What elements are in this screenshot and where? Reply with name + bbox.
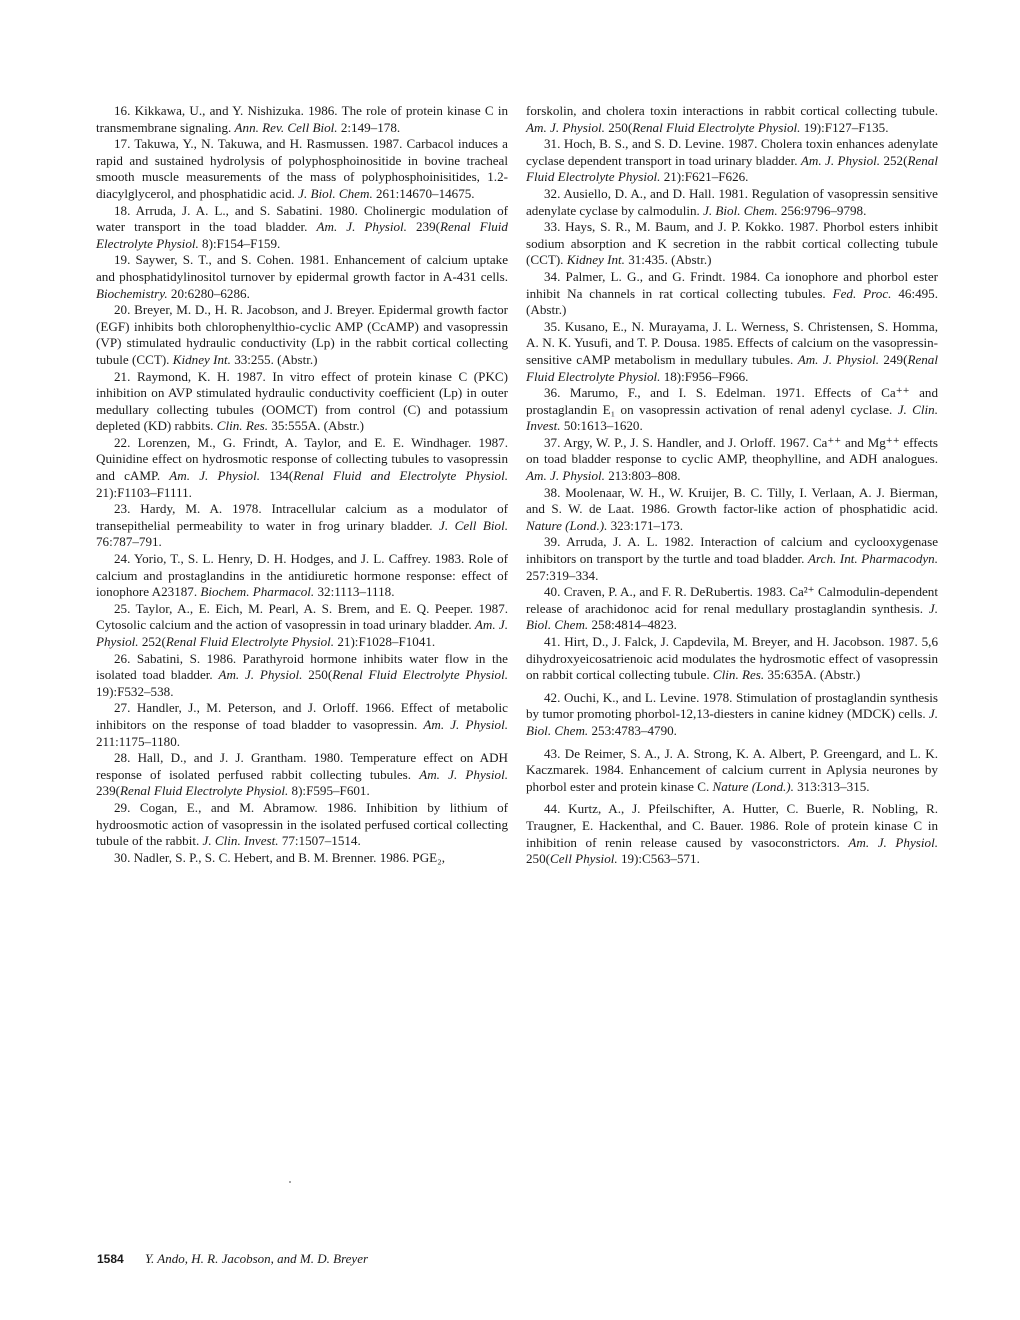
reference-text: 21):F1028–F1041. bbox=[334, 634, 435, 649]
reference-number: 27 bbox=[114, 700, 127, 715]
reference-text: 313:313–315. bbox=[794, 779, 870, 794]
reference-number: 33 bbox=[544, 219, 557, 234]
reference-text: 8):F154–F159. bbox=[199, 236, 280, 251]
journal-name: Renal Fluid Electrolyte Physiol. bbox=[120, 783, 288, 798]
reference-entry: 23. Hardy, M. A. 1978. Intracellular cal… bbox=[96, 501, 508, 551]
separator: . bbox=[557, 136, 564, 151]
reference-entry: 40. Craven, P. A., and F. R. DeRubertis.… bbox=[526, 584, 938, 634]
separator: . bbox=[557, 801, 568, 816]
journal-name: Am. J. Physiol. bbox=[419, 767, 508, 782]
reference-number: 40 bbox=[544, 584, 557, 599]
reference-number: 18 bbox=[114, 203, 127, 218]
reference-entry: 44. Kurtz, A., J. Pfeilschifter, A. Hutt… bbox=[526, 801, 938, 867]
separator: . bbox=[557, 385, 570, 400]
reference-text: 249( bbox=[879, 352, 907, 367]
reference-number: 35 bbox=[544, 319, 557, 334]
reference-number: 38 bbox=[544, 485, 557, 500]
reference-number: 19 bbox=[114, 252, 127, 267]
journal-name: Ann. Rev. Cell Biol. bbox=[235, 120, 338, 135]
journal-name: Am. J. Physiol. bbox=[798, 352, 879, 367]
journal-name: Renal Fluid and Electrolyte Physiol. bbox=[293, 468, 508, 483]
reference-text: 32:1113–1118. bbox=[314, 584, 394, 599]
reference-text: 213:803–808. bbox=[605, 468, 681, 483]
separator: . bbox=[557, 219, 565, 234]
reference-number: 31 bbox=[544, 136, 557, 151]
reference-entry: 34. Palmer, L. G., and G. Frindt. 1984. … bbox=[526, 269, 938, 319]
reference-text: 257:319–334. bbox=[526, 568, 598, 583]
separator: . bbox=[127, 800, 140, 815]
journal-name: Am. J. Physiol. bbox=[169, 468, 260, 483]
reference-number: 24 bbox=[114, 551, 127, 566]
separator: . bbox=[557, 534, 566, 549]
reference-entry: 38. Moolenaar, W. H., W. Kruijer, B. C. … bbox=[526, 485, 938, 535]
reference-entry: 28. Hall, D., and J. J. Grantham. 1980. … bbox=[96, 750, 508, 800]
reference-number: 21 bbox=[114, 369, 127, 384]
reference-number: 22 bbox=[114, 435, 127, 450]
reference-text: 239( bbox=[407, 219, 440, 234]
reference-entry: 27. Handler, J., M. Peterson, and J. Orl… bbox=[96, 700, 508, 750]
journal-name: Am. J. Physiol. bbox=[423, 717, 508, 732]
journal-name: Biochemistry. bbox=[96, 286, 168, 301]
journal-name: Arch. Int. Pharmacodyn. bbox=[808, 551, 938, 566]
reference-entry: 32. Ausiello, D. A., and D. Hall. 1981. … bbox=[526, 186, 938, 219]
reference-number: 32 bbox=[544, 186, 557, 201]
reference-text: 20:6280–6286. bbox=[168, 286, 250, 301]
reference-entry: 31. Hoch, B. S., and S. D. Levine. 1987.… bbox=[526, 136, 938, 186]
reference-text: 18):F956–F966. bbox=[660, 369, 748, 384]
reference-text: 50:1613–1620. bbox=[561, 418, 643, 433]
separator: . bbox=[127, 750, 137, 765]
reference-entry: 19. Saywer, S. T., and S. Cohen. 1981. E… bbox=[96, 252, 508, 302]
separator: . bbox=[557, 690, 564, 705]
reference-entry: 20. Breyer, M. D., H. R. Jacobson, and J… bbox=[96, 302, 508, 368]
journal-name: J. Cell Biol. bbox=[439, 518, 508, 533]
reference-entry: 43. De Reimer, S. A., J. A. Strong, K. A… bbox=[526, 746, 938, 796]
reference-text: 256:9796–9798. bbox=[778, 203, 867, 218]
reference-text: 323:171–173. bbox=[607, 518, 683, 533]
reference-text: 35:555A. (Abstr.) bbox=[268, 418, 364, 433]
reference-entry: 39. Arruda, J. A. L. 1982. Interaction o… bbox=[526, 534, 938, 584]
journal-name: Kidney Int. bbox=[567, 252, 625, 267]
reference-number: 28 bbox=[114, 750, 127, 765]
journal-name: Renal Fluid Electrolyte Physiol. bbox=[332, 667, 508, 682]
reference-number: 37 bbox=[544, 435, 557, 450]
reference-text: 21):F621–F626. bbox=[660, 169, 748, 184]
reference-number: 34 bbox=[544, 269, 557, 284]
reference-text: 33:255. (Abstr.) bbox=[231, 352, 318, 367]
reference-text: Argy, W. P., J. S. Handler, and J. Orlof… bbox=[526, 435, 938, 467]
separator: . bbox=[127, 601, 136, 616]
reference-text: 8):F595–F601. bbox=[288, 783, 369, 798]
reference-entry: 16. Kikkawa, U., and Y. Nishizuka. 1986.… bbox=[96, 103, 508, 136]
reference-text: 258:4814–4823. bbox=[588, 617, 677, 632]
separator: . bbox=[127, 551, 134, 566]
reference-continuation: forskolin, and cholera toxin interaction… bbox=[526, 103, 938, 136]
separator: . bbox=[127, 203, 136, 218]
page-number: 1584 bbox=[97, 1252, 145, 1266]
reference-number: 41 bbox=[544, 634, 557, 649]
reference-entry: 24. Yorio, T., S. L. Henry, D. H. Hodges… bbox=[96, 551, 508, 601]
right-reference-column: forskolin, and cholera toxin interaction… bbox=[526, 103, 938, 868]
reference-text: 35:635A. (Abstr.) bbox=[764, 667, 860, 682]
reference-number: 20 bbox=[114, 302, 127, 317]
reference-number: 39 bbox=[544, 534, 557, 549]
reference-entry: 42. Ouchi, K., and L. Levine. 1978. Stim… bbox=[526, 690, 938, 740]
reference-text: 211:1175–1180. bbox=[96, 734, 180, 749]
reference-text: 19):F532–538. bbox=[96, 684, 173, 699]
journal-name: Nature (Lond.). bbox=[713, 779, 794, 794]
reference-text: 250( bbox=[526, 851, 550, 866]
reference-number: 36 bbox=[544, 385, 557, 400]
reference-text: Moolenaar, W. H., W. Kruijer, B. C. Till… bbox=[526, 485, 938, 517]
reference-entry: 18. Arruda, J. A. L., and S. Sabatini. 1… bbox=[96, 203, 508, 253]
journal-name: J. Clin. Invest. bbox=[203, 833, 279, 848]
reference-text: Taylor, A., E. Eich, M. Pearl, A. S. Bre… bbox=[96, 601, 508, 633]
journal-name: Clin. Res. bbox=[217, 418, 268, 433]
reference-text: 134( bbox=[260, 468, 293, 483]
reference-entry: 36. Marumo, F., and I. S. Edelman. 1971.… bbox=[526, 385, 938, 435]
reference-text: 239( bbox=[96, 783, 120, 798]
reference-text: 252( bbox=[139, 634, 166, 649]
reference-number: 44 bbox=[544, 801, 557, 816]
reference-text: 252( bbox=[880, 153, 907, 168]
reference-entry: 33. Hays, S. R., M. Baum, and J. P. Kokk… bbox=[526, 219, 938, 269]
reference-number: 30 bbox=[114, 850, 127, 865]
separator: . bbox=[127, 369, 137, 384]
scan-speck bbox=[289, 1181, 291, 1183]
reference-text: 253:4783–4790. bbox=[588, 723, 677, 738]
reference-text: 76:787–791. bbox=[96, 534, 162, 549]
separator: . bbox=[127, 103, 135, 118]
journal-name: Nature (Lond.). bbox=[526, 518, 607, 533]
reference-text: Craven, P. A., and F. R. DeRubertis. 198… bbox=[526, 584, 938, 616]
reference-text: 19):C563–571. bbox=[618, 851, 700, 866]
reference-entry: 26. Sabatini, S. 1986. Parathyroid hormo… bbox=[96, 651, 508, 701]
journal-name: Renal Fluid Electrolyte Physiol. bbox=[166, 634, 334, 649]
reference-number: 26 bbox=[114, 651, 127, 666]
reference-text: 250( bbox=[302, 667, 332, 682]
journal-name: Am. J. Physiol. bbox=[526, 468, 605, 483]
journal-name: J. Biol. Chem. bbox=[703, 203, 778, 218]
reference-text: Nadler, S. P., S. C. Hebert, and B. M. B… bbox=[134, 850, 445, 865]
journal-name: Kidney Int. bbox=[173, 352, 231, 367]
separator: . bbox=[127, 651, 137, 666]
reference-text: 21):F1103–F1111. bbox=[96, 485, 192, 500]
journal-name: Am. J. Physiol. bbox=[316, 219, 406, 234]
journal-name: Am. J. Physiol. bbox=[801, 153, 880, 168]
reference-entry: 30. Nadler, S. P., S. C. Hebert, and B. … bbox=[96, 850, 508, 867]
separator: . bbox=[557, 269, 565, 284]
reference-text: Saywer, S. T., and S. Cohen. 1981. Enhan… bbox=[96, 252, 508, 284]
separator: . bbox=[127, 252, 135, 267]
journal-name: Cell Physiol. bbox=[550, 851, 618, 866]
journal-name: Clin. Res. bbox=[713, 667, 764, 682]
reference-number: 29 bbox=[114, 800, 127, 815]
reference-text: Marumo, F., and I. S. Edelman. 1971. Eff… bbox=[526, 385, 938, 417]
reference-entry: 25. Taylor, A., E. Eich, M. Pearl, A. S.… bbox=[96, 601, 508, 651]
reference-number: 42 bbox=[544, 690, 557, 705]
reference-number: 43 bbox=[544, 746, 557, 761]
reference-number: 16 bbox=[114, 103, 127, 118]
page-footer: 1584Y. Ando, H. R. Jacobson, and M. D. B… bbox=[97, 1251, 368, 1267]
separator: . bbox=[557, 584, 564, 599]
reference-entry: 21. Raymond, K. H. 1987. In vitro effect… bbox=[96, 369, 508, 435]
reference-entry: 35. Kusano, E., N. Murayama, J. L. Werne… bbox=[526, 319, 938, 385]
reference-entry: 22. Lorenzen, M., G. Frindt, A. Taylor, … bbox=[96, 435, 508, 501]
separator: . bbox=[557, 746, 565, 761]
journal-name: Biochem. Pharmacol. bbox=[200, 584, 314, 599]
separator: . bbox=[557, 319, 565, 334]
reference-entry: 17. Takuwa, Y., N. Takuwa, and H. Rasmus… bbox=[96, 136, 508, 202]
reference-number: 25 bbox=[114, 601, 127, 616]
journal-name: J. Biol. Chem. bbox=[298, 186, 373, 201]
journal-name: Am. J. Physiol. bbox=[848, 835, 938, 850]
separator: . bbox=[127, 501, 140, 516]
separator: . bbox=[127, 700, 137, 715]
reference-text: 31:435. (Abstr.) bbox=[625, 252, 712, 267]
journal-name: Fed. Proc. bbox=[833, 286, 892, 301]
running-authors: Y. Ando, H. R. Jacobson, and M. D. Breye… bbox=[145, 1251, 368, 1266]
left-reference-column: 16. Kikkawa, U., and Y. Nishizuka. 1986.… bbox=[96, 103, 508, 866]
reference-entry: 37. Argy, W. P., J. S. Handler, and J. O… bbox=[526, 435, 938, 485]
reference-number: 23 bbox=[114, 501, 127, 516]
separator: . bbox=[127, 435, 138, 450]
reference-text: 2:149–178. bbox=[338, 120, 401, 135]
reference-text: 261:14670–14675. bbox=[373, 186, 475, 201]
separator: . bbox=[557, 485, 565, 500]
reference-entry: 29. Cogan, E., and M. Abramow. 1986. Inh… bbox=[96, 800, 508, 850]
reference-entry: 41. Hirt, D., J. Falck, J. Capdevila, M.… bbox=[526, 634, 938, 684]
reference-text: 77:1507–1514. bbox=[279, 833, 361, 848]
reference-number: 17 bbox=[114, 136, 127, 151]
journal-name: Am. J. Physiol. bbox=[218, 667, 302, 682]
reference-text: Ouchi, K., and L. Levine. 1978. Stimulat… bbox=[526, 690, 938, 722]
